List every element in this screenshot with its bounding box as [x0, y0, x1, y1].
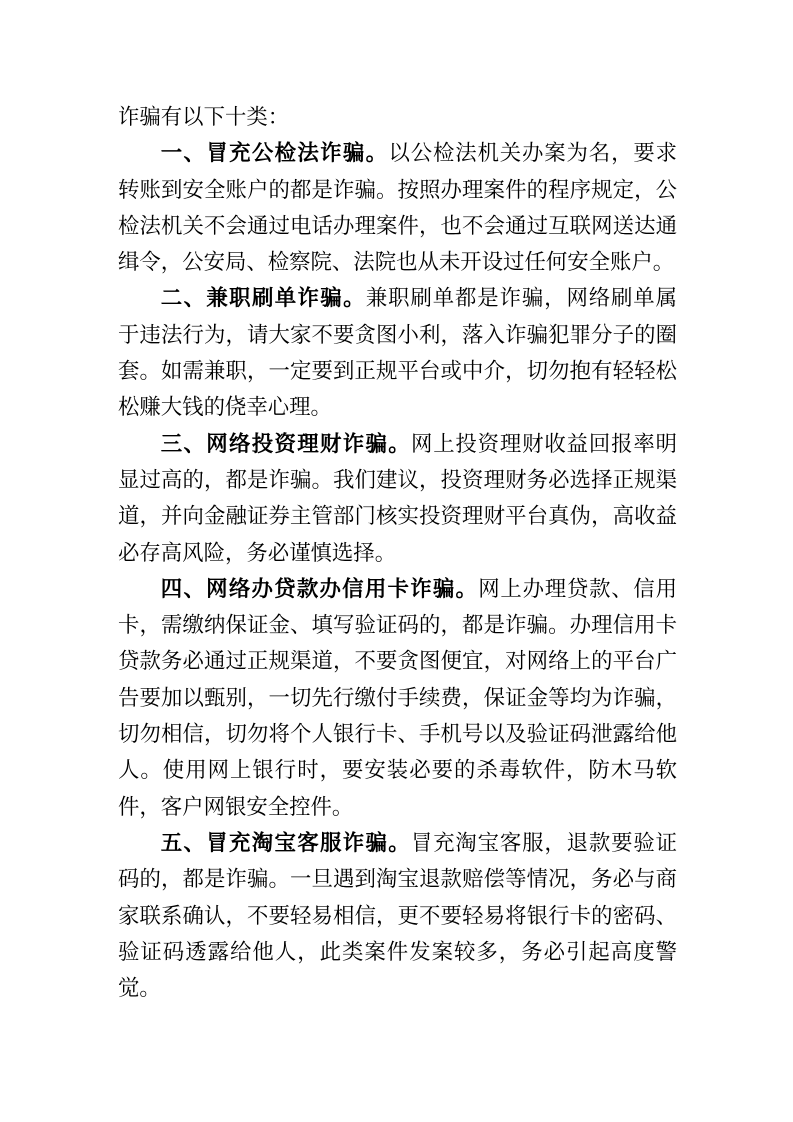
section-5-paragraph: 五、冒充淘宝客服诈骗。冒充淘宝客服，退款要验证码的，都是诈骗。一旦遇到淘宝退款赔…: [118, 826, 677, 1007]
section-2-paragraph: 二、兼职刷单诈骗。兼职刷单都是诈骗，网络刷单属于违法行为，请大家不要贪图小利，落…: [118, 281, 677, 426]
section-4-body: 网上办理贷款、信用卡，需缴纳保证金、填写验证码的，都是诈骗。办理信用卡贷款务必通…: [118, 577, 677, 820]
section-5-body: 冒充淘宝客服，退款要验证码的，都是诈骗。一旦遇到淘宝退款赔偿等情况，务必与商家联…: [118, 831, 677, 1001]
section-4-paragraph: 四、网络办贷款办信用卡诈骗。网上办理贷款、信用卡，需缴纳保证金、填写验证码的，都…: [118, 572, 677, 826]
section-1-paragraph: 一、冒充公检法诈骗。以公检法机关办案为名，要求转账到安全账户的都是诈骗。按照办理…: [118, 136, 677, 281]
document-page: 诈骗有以下十类： 一、冒充公检法诈骗。以公检法机关办案为名，要求转账到安全账户的…: [0, 0, 793, 1122]
section-2-heading: 二、兼职刷单诈骗。: [161, 286, 366, 311]
section-3-heading: 三、网络投资理财诈骗。: [161, 432, 411, 457]
section-3-paragraph: 三、网络投资理财诈骗。网上投资理财收益回报率明显过高的，都是诈骗。我们建议，投资…: [118, 427, 677, 572]
section-4-heading: 四、网络办贷款办信用卡诈骗。: [161, 577, 478, 602]
section-1-heading: 一、冒充公检法诈骗。: [161, 141, 389, 166]
section-5-heading: 五、冒充淘宝客服诈骗。: [161, 831, 411, 856]
intro-line: 诈骗有以下十类：: [118, 100, 677, 136]
